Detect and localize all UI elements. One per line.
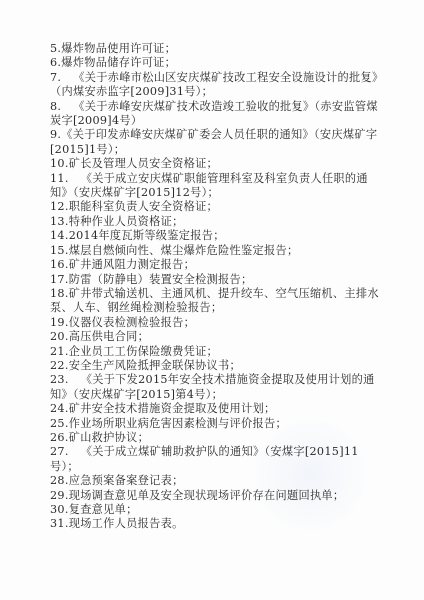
list-item: 27.《关于成立煤矿辅助救护队的通知》（安煤字[2015]11号）； bbox=[50, 445, 380, 474]
item-text: 作业场所职业病危害因素检测与评价报告； bbox=[69, 417, 287, 430]
item-number: 16. bbox=[50, 258, 69, 271]
item-number: 22. bbox=[50, 359, 69, 372]
item-text: 现场工作人员报告表。 bbox=[69, 517, 184, 530]
item-number: 28. bbox=[50, 474, 69, 487]
list-item: 23.《关于下发2015年安全技术措施资金提取及使用计划的通知》（安庆煤矿字[2… bbox=[50, 373, 380, 402]
item-text: 仪器仪表检测检验报告； bbox=[69, 316, 195, 329]
item-number: 19. bbox=[50, 316, 69, 329]
item-text: 《关于赤峰市松山区安庆煤矿技改工程安全设施设计的批复》（内煤安赤监字[2009]… bbox=[50, 71, 378, 98]
item-text: 《关于下发2015年安全技术措施资金提取及使用计划的通知》（安庆煤矿字[2015… bbox=[50, 373, 375, 400]
list-item: 13.特种作业人员资格证； bbox=[50, 215, 380, 229]
list-item: 17.防雷（防静电）装置安全检测报告； bbox=[50, 273, 380, 287]
list-item: 19.仪器仪表检测检验报告； bbox=[50, 316, 380, 330]
item-text: 应急预案备案登记表； bbox=[69, 474, 184, 487]
document-page: 5.爆炸物品使用许可证； 6.爆炸物品储存许可证； 7.《关于赤峰市松山区安庆煤… bbox=[0, 0, 424, 600]
item-number: 9. bbox=[50, 128, 61, 141]
list-item: 28.应急预案备案登记表； bbox=[50, 474, 380, 488]
item-number: 29. bbox=[50, 489, 69, 502]
item-number: 30. bbox=[50, 503, 69, 516]
list-item: 6.爆炸物品储存许可证； bbox=[50, 56, 380, 70]
list-item: 11.《关于成立安庆煤矿职能管理科室及科室负责人任职的通知》（安庆煤矿字[201… bbox=[50, 172, 380, 201]
item-text: 《关于赤峰安庆煤矿技术改造竣工验收的批复》（赤安监管煤炭字[2009]4号） bbox=[50, 100, 378, 127]
item-text: 特种作业人员资格证； bbox=[69, 215, 184, 228]
item-text: 2014年度瓦斯等级鉴定报告； bbox=[69, 229, 225, 242]
item-number: 14. bbox=[50, 229, 69, 242]
item-text: 爆炸物品储存许可证； bbox=[61, 56, 176, 69]
item-text: 防雷（防静电）装置安全检测报告； bbox=[69, 273, 253, 286]
list-item: 25.作业场所职业病危害因素检测与评价报告； bbox=[50, 417, 380, 431]
item-number: 11. bbox=[50, 172, 81, 185]
item-number: 6. bbox=[50, 56, 61, 69]
item-text: 矿长及管理人员安全资格证； bbox=[69, 157, 218, 170]
list-item: 21.企业员工工伤保险缴费凭证； bbox=[50, 345, 380, 359]
item-text: 矿井通风阻力测定报告； bbox=[69, 258, 195, 271]
list-item: 15.煤层自燃倾向性、煤尘爆炸危险性鉴定报告； bbox=[50, 244, 380, 258]
item-number: 7. bbox=[50, 71, 73, 84]
item-number: 24. bbox=[50, 402, 69, 415]
item-number: 13. bbox=[50, 215, 69, 228]
item-number: 18. bbox=[50, 287, 69, 300]
item-number: 27. bbox=[50, 445, 81, 458]
list-item: 10.矿长及管理人员安全资格证； bbox=[50, 157, 380, 171]
item-text: 《关于成立安庆煤矿职能管理科室及科室负责人任职的通知》（安庆煤矿字[2015]1… bbox=[50, 172, 368, 199]
item-text: 矿井安全技术措施资金提取及使用计划； bbox=[69, 402, 276, 415]
item-number: 17. bbox=[50, 273, 69, 286]
item-number: 20. bbox=[50, 330, 69, 343]
item-text: 高压供电合同； bbox=[69, 330, 149, 343]
list-item: 14.2014年度瓦斯等级鉴定报告； bbox=[50, 229, 380, 243]
item-text: 《关于印发赤峰安庆煤矿矿委会人员任职的通知》（安庆煤矿字[2015]1号）； bbox=[50, 128, 377, 155]
item-text: 矿山救护协议； bbox=[69, 431, 149, 444]
list-item: 18.矿井带式输送机、主通风机、提升绞车、空气压缩机、主排水泵、人车、钢丝绳检测… bbox=[50, 287, 380, 316]
item-text: 职能科室负责人安全资格证； bbox=[69, 200, 218, 213]
list-item: 31.现场工作人员报告表。 bbox=[50, 517, 380, 531]
item-text: 矿井带式输送机、主通风机、提升绞车、空气压缩机、主排水泵、人车、钢丝绳检测检验报… bbox=[50, 287, 379, 314]
item-number: 10. bbox=[50, 157, 69, 170]
item-number: 25. bbox=[50, 417, 69, 430]
list-item: 5.爆炸物品使用许可证； bbox=[50, 42, 380, 56]
item-number: 5. bbox=[50, 42, 61, 55]
list-item: 22.安全生产风险抵押金联保协议书； bbox=[50, 359, 380, 373]
item-text: 现场调查意见单及安全现状现场评价存在问题回执单； bbox=[69, 489, 345, 502]
list-item: 9.《关于印发赤峰安庆煤矿矿委会人员任职的通知》（安庆煤矿字[2015]1号）； bbox=[50, 128, 380, 157]
list-item: 8.《关于赤峰安庆煤矿技术改造竣工验收的批复》（赤安监管煤炭字[2009]4号） bbox=[50, 100, 380, 129]
item-number: 15. bbox=[50, 244, 69, 257]
list-item: 26.矿山救护协议； bbox=[50, 431, 380, 445]
list-item: 29.现场调查意见单及安全现状现场评价存在问题回执单； bbox=[50, 489, 380, 503]
list-item: 7.《关于赤峰市松山区安庆煤矿技改工程安全设施设计的批复》（内煤安赤监字[200… bbox=[50, 71, 380, 100]
list-item: 24.矿井安全技术措施资金提取及使用计划； bbox=[50, 402, 380, 416]
item-number: 23. bbox=[50, 373, 81, 386]
item-number: 26. bbox=[50, 431, 69, 444]
item-number: 12. bbox=[50, 200, 69, 213]
item-text: 企业员工工伤保险缴费凭证； bbox=[69, 345, 218, 358]
item-number: 31. bbox=[50, 517, 69, 530]
list-item: 16.矿井通风阻力测定报告； bbox=[50, 258, 380, 272]
list-item: 20.高压供电合同； bbox=[50, 330, 380, 344]
item-number: 8. bbox=[50, 100, 73, 113]
item-text: 煤层自燃倾向性、煤尘爆炸危险性鉴定报告； bbox=[69, 244, 299, 257]
list-item: 12.职能科室负责人安全资格证； bbox=[50, 200, 380, 214]
item-text: 安全生产风险抵押金联保协议书； bbox=[69, 359, 241, 372]
item-text: 《关于成立煤矿辅助救护队的通知》（安煤字[2015]11号）； bbox=[50, 445, 359, 472]
item-number: 21. bbox=[50, 345, 69, 358]
item-text: 复查意见单； bbox=[69, 503, 138, 516]
item-text: 爆炸物品使用许可证； bbox=[61, 42, 176, 55]
list-item: 30.复查意见单； bbox=[50, 503, 380, 517]
document-list: 5.爆炸物品使用许可证； 6.爆炸物品储存许可证； 7.《关于赤峰市松山区安庆煤… bbox=[50, 42, 380, 532]
